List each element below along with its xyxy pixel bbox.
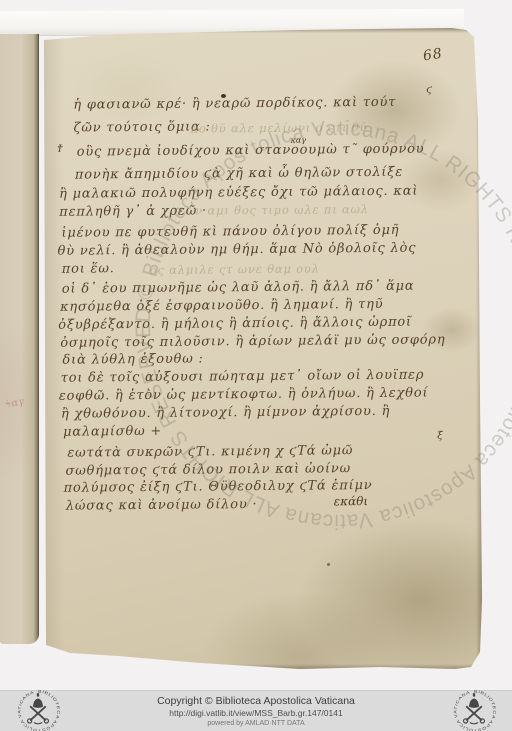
powered-by-line: powered by AMLAD·NTT DATA — [0, 720, 512, 727]
scan-viewport: { "page": { "folio_number": "68", "backg… — [0, 0, 512, 731]
papal-tiara-keys-icon — [464, 694, 485, 724]
vatican-library-seal-icon: BIBLIOTECA APOSTOLICA VATICANA — [451, 688, 497, 731]
copyright-line: Copyright © Biblioteca Apostolica Vatica… — [0, 695, 512, 707]
ink-speck — [327, 563, 330, 566]
ink-speck — [109, 317, 111, 319]
vatican-library-seal-icon: BIBLIOTECA APOSTOLICA VATICANA — [15, 688, 61, 731]
papal-tiara-keys-icon — [28, 694, 49, 724]
facing-page-edge — [0, 34, 39, 644]
footer-bar: Copyright © Biblioteca Apostolica Vatica… — [0, 690, 512, 731]
ink-speck — [221, 94, 226, 98]
manuscript-page — [36, 28, 482, 670]
folio-number: 68 — [422, 46, 444, 65]
source-url-line: http://digi.vatlib.it/view/MSS_Barb.gr.1… — [0, 708, 512, 718]
